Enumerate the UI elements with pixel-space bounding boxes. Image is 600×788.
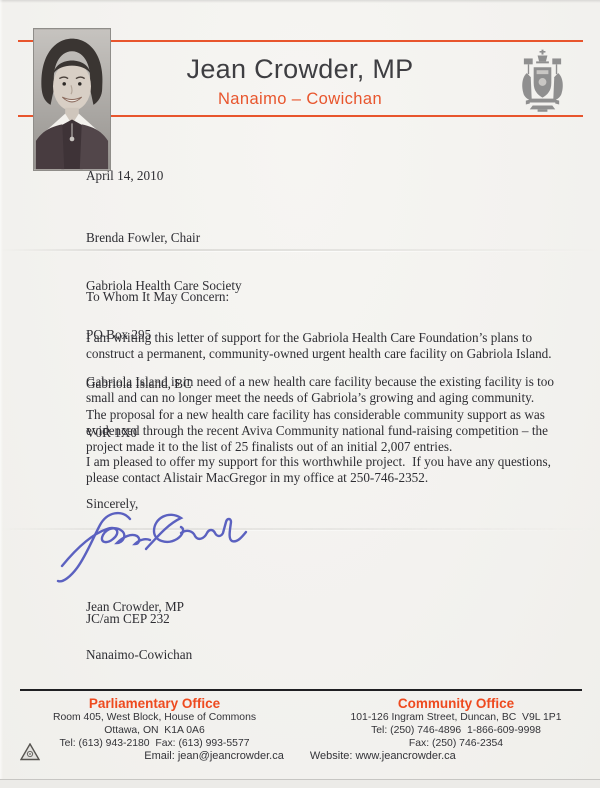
office-address-line: Tel: (250) 746-4896 1-866-609-9998 [325,724,587,737]
website-label: Website: www.jeancrowder.ca [310,750,456,762]
parliamentary-office-block: Parliamentary Office Room 405, West Bloc… [22,696,287,751]
body-paragraph: Gabriola Island is in need of a new heal… [86,374,554,455]
scan-edge-bottom [0,779,600,788]
letterhead-page: Jean Crowder, MP Nanaimo – Cowichan [0,0,600,788]
scan-edge-left [0,0,3,788]
coat-of-arms-icon [518,49,567,113]
portrait-photo [33,28,111,171]
date-line: April 14, 2010 [86,168,163,184]
office-address-line: Room 405, West Block, House of Commons [22,711,287,724]
parliamentary-office-title: Parliamentary Office [22,696,287,711]
portrait-photo-art [34,29,110,170]
footer-rule [20,689,582,691]
body-paragraph: I am pleased to offer my support for thi… [86,454,554,487]
body-paragraph: I am writing this letter of support for … [86,330,554,363]
recipient-line: Brenda Fowler, Chair [86,230,242,246]
contact-row: Email: jean@jeancrowder.ca Website: www.… [0,750,600,762]
reference-code: JC/am CEP 232 [86,611,170,627]
community-office-title: Community Office [325,696,587,711]
office-address-line: Tel: (613) 943-2180 Fax: (613) 993-5577 [22,737,287,750]
signer-block: Jean Crowder, MP Nanaimo-Cowichan [86,566,192,696]
salutation: To Whom It May Concern: [86,289,229,305]
office-address-line: 101-126 Ingram Street, Duncan, BC V9L 1P… [325,711,587,724]
community-office-block: Community Office 101-126 Ingram Street, … [325,696,587,751]
email-label: Email: jean@jeancrowder.ca [144,750,284,762]
office-address-line: Ottawa, ON K1A 0A6 [22,724,287,737]
office-address-line: Fax: (250) 746-2354 [325,737,587,750]
signer-riding: Nanaimo-Cowichan [86,647,192,663]
scan-edge-top [0,0,600,3]
